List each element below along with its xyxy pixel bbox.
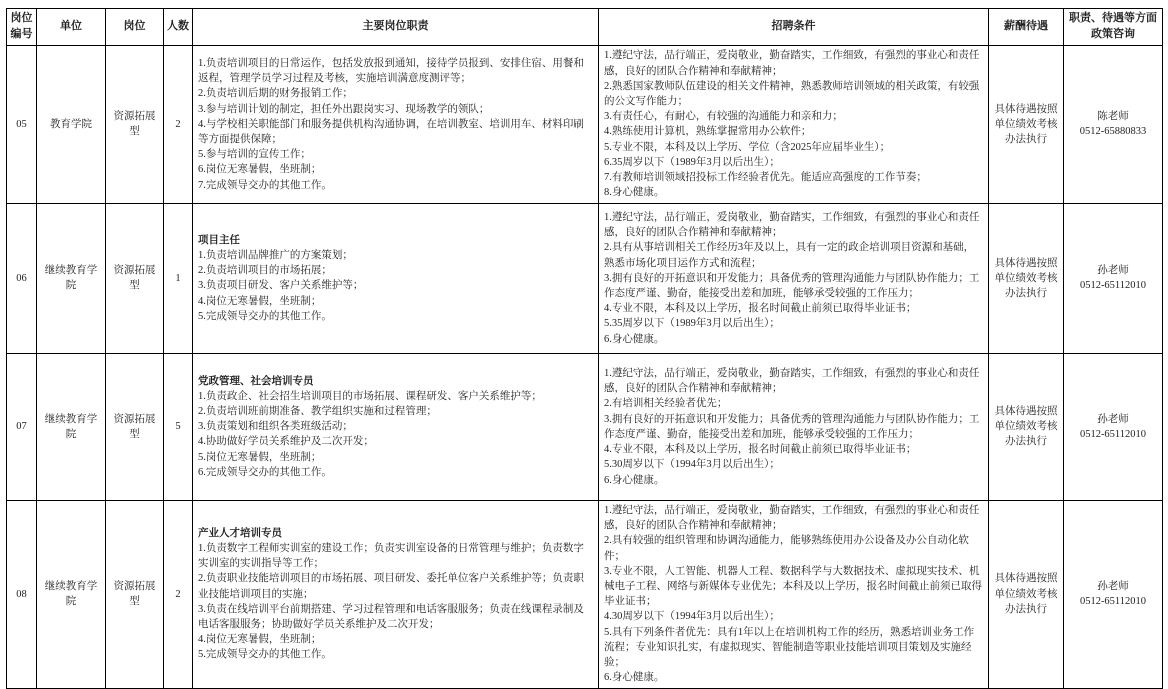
cell-post-id: 07 <box>7 353 37 500</box>
cell-post-id: 08 <box>7 500 37 688</box>
list-line: 5.完成领导交办的其他工作。 <box>198 647 593 662</box>
list-line: 7.有教师培训领域招投标工作经验者优先。能适应高强度的工作节奏； <box>604 170 983 185</box>
table-header-row: 岗位编号 单位 岗位 人数 主要岗位职责 招聘条件 薪酬待遇 职责、待遇等方面政… <box>7 9 1163 46</box>
condition-list: 1.遵纪守法，品行端正，爱岗敬业，勤奋踏实，工作细致，有强烈的事业心和责任感，良… <box>604 210 983 347</box>
duty-list: 1.负责培训项目的日常运作，包括发放报到通知，接待学员报到、安排住宿、用餐和返程… <box>198 56 593 193</box>
list-line: 2.负责职业技能培训项目的市场拓展、项目研发、委托单位客户关系维护等；负责职业技… <box>198 571 593 601</box>
header-salary: 薪酬待遇 <box>989 9 1064 46</box>
header-conditions: 招聘条件 <box>599 9 989 46</box>
condition-list: 1.遵纪守法，品行端正，爱岗敬业，勤奋踏实，工作细致，有强烈的事业心和责任感，良… <box>604 48 983 200</box>
contact-phone: 0512-65112010 <box>1069 278 1157 293</box>
list-line: 4.熟练使用计算机，熟练掌握常用办公软件； <box>604 124 983 139</box>
list-line: 4.与学校相关职能部门和服务提供机构沟通协调，在培训教室、培训用车、材料印刷等方… <box>198 117 593 147</box>
header-duties: 主要岗位职责 <box>193 9 599 46</box>
list-line: 1.负责培训品牌推广的方案策划； <box>198 248 593 263</box>
list-line: 4.专业不限，本科及以上学历，报名时间截止前须已取得毕业证书； <box>604 442 983 457</box>
list-line: 1.遵纪守法，品行端正，爱岗敬业，勤奋踏实，工作细致，有强烈的事业心和责任感，良… <box>604 210 983 240</box>
list-line: 1.遵纪守法，品行端正，爱岗敬业，勤奋踏实，工作细致，有强烈的事业心和责任感，良… <box>604 48 983 78</box>
table-row: 05 教育学院 资源拓展型 2 1.负责培训项目的日常运作，包括发放报到通知，接… <box>7 45 1163 203</box>
cell-unit: 继续教育学院 <box>37 500 106 688</box>
list-line: 6.35周岁以下（1989年3月以后出生）； <box>604 155 983 170</box>
contact-name: 孙老师 <box>1069 263 1157 278</box>
cell-duties: 党政管理、社会培训专员 1.负责政企、社会招生培训项目的市场拓展、课程研发、客户… <box>193 353 599 500</box>
contact-phone: 0512-65112010 <box>1069 594 1157 609</box>
table-row: 06 继续教育学院 资源拓展型 1 项目主任 1.负责培训品牌推广的方案策划；2… <box>7 203 1163 353</box>
list-line: 2.具有较强的组织管理和协调沟通能力，能够熟练使用办公设备及办公自动化软件； <box>604 533 983 563</box>
duty-title: 项目主任 <box>198 233 593 248</box>
duty-list: 1.负责数字工程师实训室的建设工作；负责实训室设备的日常管理与维护；负责数字实训… <box>198 541 593 663</box>
cell-post-type: 资源拓展型 <box>106 45 164 203</box>
header-post-id: 岗位编号 <box>7 9 37 46</box>
cell-duties: 1.负责培训项目的日常运作，包括发放报到通知，接待学员报到、安排住宿、用餐和返程… <box>193 45 599 203</box>
cell-contact: 孙老师 0512-65112010 <box>1064 353 1163 500</box>
list-line: 5.岗位无寒暑假，坐班制； <box>198 450 593 465</box>
list-line: 5.完成领导交办的其他工作。 <box>198 309 593 324</box>
cell-salary: 具体待遇按照单位绩效考核办法执行 <box>989 45 1064 203</box>
contact-phone: 0512-65112010 <box>1069 427 1157 442</box>
list-line: 1.负责培训项目的日常运作，包括发放报到通知，接待学员报到、安排住宿、用餐和返程… <box>198 56 593 86</box>
cell-headcount: 2 <box>164 45 193 203</box>
cell-headcount: 2 <box>164 500 193 688</box>
list-line: 4.协助做好学员关系维护及二次开发； <box>198 434 593 449</box>
list-line: 1.负责数字工程师实训室的建设工作；负责实训室设备的日常管理与维护；负责数字实训… <box>198 541 593 571</box>
list-line: 5.35周岁以下（1989年3月以后出生）； <box>604 316 983 331</box>
header-post-type: 岗位 <box>106 9 164 46</box>
cell-conditions: 1.遵纪守法，品行端正，爱岗敬业，勤奋踏实，工作细致，有强烈的事业心和责任感，良… <box>599 500 989 688</box>
list-line: 3.参与培训计划的制定，担任外出跟岗实习、现场教学的领队； <box>198 102 593 117</box>
list-line: 3.拥有良好的开拓意识和开发能力；具备优秀的管理沟通能力与团队协作能力；工作态度… <box>604 412 983 442</box>
cell-duties: 产业人才培训专员 1.负责数字工程师实训室的建设工作；负责实训室设备的日常管理与… <box>193 500 599 688</box>
table-row: 08 继续教育学院 资源拓展型 2 产业人才培训专员 1.负责数字工程师实训室的… <box>7 500 1163 688</box>
list-line: 3.有责任心，有耐心，有较强的沟通能力和亲和力； <box>604 109 983 124</box>
list-line: 6.身心健康。 <box>604 670 983 685</box>
list-line: 3.负责策划和组织各类班级活动； <box>198 419 593 434</box>
condition-list: 1.遵纪守法，品行端正，爱岗敬业，勤奋踏实，工作细致，有强烈的事业心和责任感，良… <box>604 366 983 488</box>
cell-post-type: 资源拓展型 <box>106 203 164 353</box>
list-line: 1.遵纪守法，品行端正，爱岗敬业，勤奋踏实，工作细致，有强烈的事业心和责任感，良… <box>604 503 983 533</box>
list-line: 4.专业不限，本科及以上学历，报名时间截止前须已取得毕业证书； <box>604 301 983 316</box>
list-line: 2.负责培训项目的市场拓展； <box>198 263 593 278</box>
cell-salary: 具体待遇按照单位绩效考核办法执行 <box>989 500 1064 688</box>
contact-name: 孙老师 <box>1069 412 1157 427</box>
condition-list: 1.遵纪守法，品行端正，爱岗敬业，勤奋踏实，工作细致，有强烈的事业心和责任感，良… <box>604 503 983 686</box>
list-line: 4.30周岁以下（1994年3月以后出生）； <box>604 609 983 624</box>
cell-headcount: 1 <box>164 203 193 353</box>
cell-post-id: 06 <box>7 203 37 353</box>
list-line: 2.熟悉国家教师队伍建设的相关文件精神，熟悉教师培训领域的相关政策，有较强的公文… <box>604 79 983 109</box>
cell-headcount: 5 <box>164 353 193 500</box>
cell-unit: 继续教育学院 <box>37 203 106 353</box>
list-line: 2.有培训相关经验者优先； <box>604 396 983 411</box>
cell-unit: 继续教育学院 <box>37 353 106 500</box>
list-line: 2.负责培训班前期准备、教学组织实施和过程管理； <box>198 404 593 419</box>
cell-post-type: 资源拓展型 <box>106 353 164 500</box>
header-consult: 职责、待遇等方面政策咨询 <box>1064 9 1163 46</box>
list-line: 3.专业不限，人工智能、机器人工程、数据科学与大数据技术、虚拟现实技术、机械电子… <box>604 564 983 610</box>
header-unit: 单位 <box>37 9 106 46</box>
list-line: 5.参与培训的宣传工作； <box>198 147 593 162</box>
header-headcount: 人数 <box>164 9 193 46</box>
duty-list: 1.负责培训品牌推广的方案策划；2.负责培训项目的市场拓展；3.负责项目研发、客… <box>198 248 593 324</box>
list-line: 6.完成领导交办的其他工作。 <box>198 465 593 480</box>
cell-salary: 具体待遇按照单位绩效考核办法执行 <box>989 203 1064 353</box>
recruitment-table: 岗位编号 单位 岗位 人数 主要岗位职责 招聘条件 薪酬待遇 职责、待遇等方面政… <box>6 8 1163 689</box>
cell-conditions: 1.遵纪守法，品行端正，爱岗敬业，勤奋踏实，工作细致，有强烈的事业心和责任感，良… <box>599 45 989 203</box>
list-line: 7.完成领导交办的其他工作。 <box>198 178 593 193</box>
table-row: 07 继续教育学院 资源拓展型 5 党政管理、社会培训专员 1.负责政企、社会招… <box>7 353 1163 500</box>
cell-post-id: 05 <box>7 45 37 203</box>
duty-list: 1.负责政企、社会招生培训项目的市场拓展、课程研发、客户关系维护等；2.负责培训… <box>198 389 593 480</box>
list-line: 6.身心健康。 <box>604 473 983 488</box>
cell-contact: 陈老师 0512-65880833 <box>1064 45 1163 203</box>
list-line: 4.岗位无寒暑假，坐班制； <box>198 632 593 647</box>
list-line: 2.负责培训后期的财务报销工作； <box>198 86 593 101</box>
cell-unit: 教育学院 <box>37 45 106 203</box>
list-line: 6.身心健康。 <box>604 332 983 347</box>
list-line: 5.专业不限，本科及以上学历、学位（含2025年应届毕业生）； <box>604 140 983 155</box>
duty-title: 产业人才培训专员 <box>198 526 593 541</box>
list-line: 8.身心健康。 <box>604 185 983 200</box>
list-line: 2.具有从事培训相关工作经历3年及以上，具有一定的政企培训项目资源和基础，熟悉市… <box>604 240 983 270</box>
cell-contact: 孙老师 0512-65112010 <box>1064 203 1163 353</box>
list-line: 5.具有下列条件者优先：具有1年以上在培训机构工作的经历，熟悉培训业务工作流程；… <box>604 625 983 671</box>
cell-salary: 具体待遇按照单位绩效考核办法执行 <box>989 353 1064 500</box>
list-line: 4.岗位无寒暑假，坐班制； <box>198 294 593 309</box>
list-line: 1.负责政企、社会招生培训项目的市场拓展、课程研发、客户关系维护等； <box>198 389 593 404</box>
list-line: 1.遵纪守法，品行端正，爱岗敬业，勤奋踏实，工作细致，有强烈的事业心和责任感，良… <box>604 366 983 396</box>
cell-conditions: 1.遵纪守法，品行端正，爱岗敬业，勤奋踏实，工作细致，有强烈的事业心和责任感，良… <box>599 203 989 353</box>
list-line: 3.负责在线培训平台前期搭建、学习过程管理和电话客服服务；负责在线课程录制及电话… <box>198 602 593 632</box>
contact-name: 孙老师 <box>1069 579 1157 594</box>
list-line: 5.30周岁以下（1994年3月以后出生）； <box>604 457 983 472</box>
list-line: 6.岗位无寒暑假，坐班制； <box>198 162 593 177</box>
cell-contact: 孙老师 0512-65112010 <box>1064 500 1163 688</box>
list-line: 3.拥有良好的开拓意识和开发能力；具备优秀的管理沟通能力与团队协作能力；工作态度… <box>604 271 983 301</box>
cell-duties: 项目主任 1.负责培训品牌推广的方案策划；2.负责培训项目的市场拓展；3.负责项… <box>193 203 599 353</box>
list-line: 3.负责项目研发、客户关系维护等； <box>198 278 593 293</box>
cell-conditions: 1.遵纪守法，品行端正，爱岗敬业，勤奋踏实，工作细致，有强烈的事业心和责任感，良… <box>599 353 989 500</box>
contact-phone: 0512-65880833 <box>1069 124 1157 139</box>
duty-title: 党政管理、社会培训专员 <box>198 374 593 389</box>
cell-post-type: 资源拓展型 <box>106 500 164 688</box>
contact-name: 陈老师 <box>1069 109 1157 124</box>
